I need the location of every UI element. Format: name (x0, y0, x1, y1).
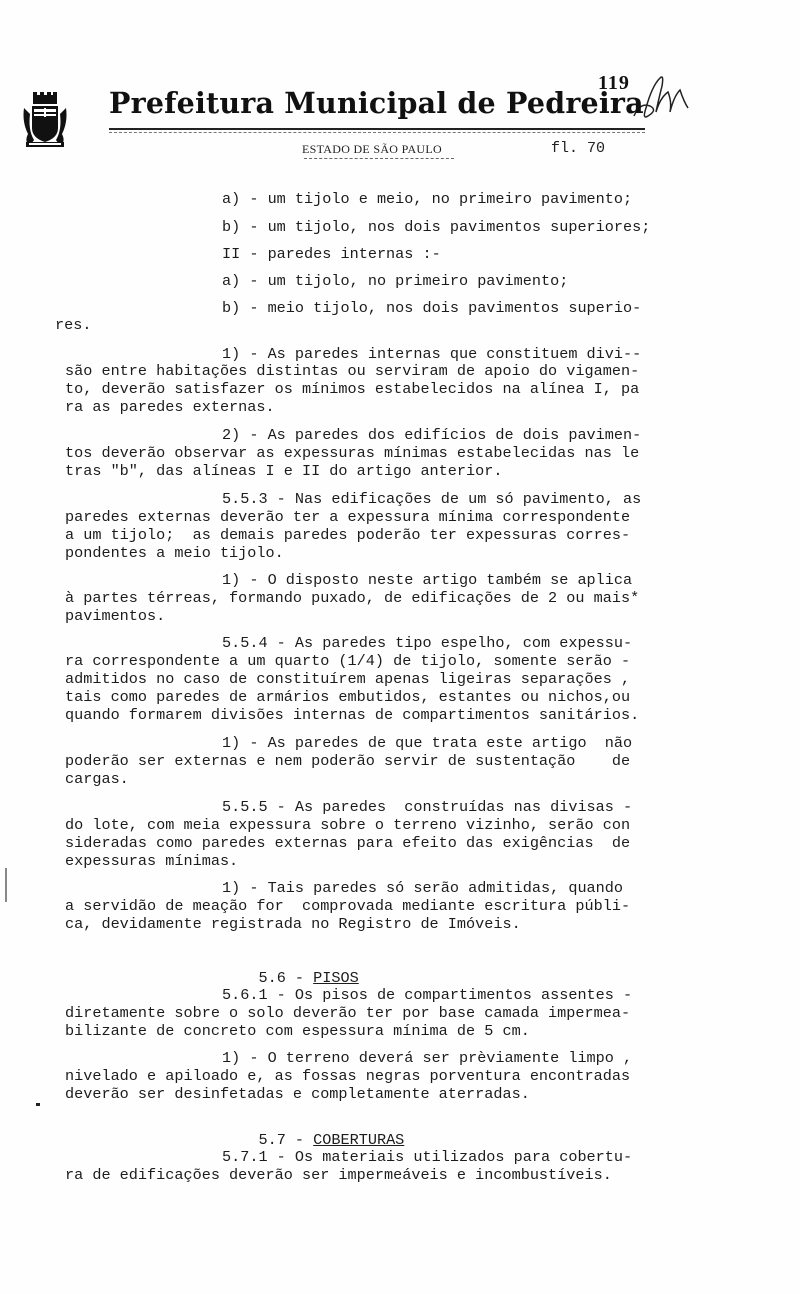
text-line: 5.5.3 - Nas edificações de um só pavimen… (222, 490, 641, 508)
text-line: 5.5.5 - As paredes construídas nas divis… (222, 798, 632, 816)
text-line: a) - um tijolo, no primeiro pavimento; (222, 272, 568, 290)
scan-artifact-dot (36, 1103, 40, 1106)
scan-artifact-line (5, 868, 7, 902)
text-line: sideradas como paredes externas para efe… (65, 834, 630, 852)
text-line: a um tijolo; as demais paredes poderão t… (65, 526, 630, 544)
folio-number: fl. 70 (551, 140, 605, 157)
text-line: bilizante de concreto com espessura míni… (65, 1022, 530, 1040)
text-line: 2) - As paredes dos edifícios de dois pa… (222, 426, 641, 444)
section-number: 5.6 - (258, 969, 313, 987)
section-title: COBERTURAS (313, 1131, 404, 1149)
text-line: 5.5.4 - As paredes tipo espelho, com exp… (222, 634, 632, 652)
text-line: pondentes a meio tijolo. (65, 544, 284, 562)
text-line: a) - um tijolo e meio, no primeiro pavim… (222, 190, 632, 208)
text-line: admitidos no caso de constituírem apenas… (65, 670, 630, 688)
coat-of-arms-icon (20, 92, 70, 150)
section-heading-pisos: 5.6 - PISOS (222, 951, 359, 1005)
text-line: do lote, com meia expessura sobre o terr… (65, 816, 630, 834)
text-line: ca, devidamente registrada no Registro d… (65, 915, 521, 933)
section-heading-coberturas: 5.7 - COBERTURAS (222, 1113, 404, 1167)
text-line: tras "b", das alíneas I e II do artigo a… (65, 462, 502, 480)
page-title: Prefeitura Municipal de Pedreira (109, 86, 644, 120)
text-line: diretamente sobre o solo deverão ter por… (65, 1004, 630, 1022)
text-line: to, deverão satisfazer os mínimos estabe… (65, 380, 639, 398)
text-line: tais como paredes de armários embutidos,… (65, 688, 630, 706)
text-line: pavimentos. (65, 607, 165, 625)
state-underline (304, 158, 454, 159)
text-line: à partes térreas, formando puxado, de ed… (65, 589, 639, 607)
title-divider (109, 128, 645, 130)
text-line: b) - um tijolo, nos dois pavimentos supe… (222, 218, 650, 236)
text-line: ra as paredes externas. (65, 398, 275, 416)
text-line: 1) - O disposto neste artigo também se a… (222, 571, 632, 589)
section-number: 5.7 - (258, 1131, 313, 1149)
text-line: a servidão de meação for comprovada medi… (65, 897, 630, 915)
text-line: ra de edificações deverão ser impermeáve… (65, 1166, 612, 1184)
title-divider-secondary (109, 132, 645, 133)
text-line: cargas. (65, 770, 129, 788)
section-title: PISOS (313, 969, 359, 987)
text-line: 1) - As paredes internas que constituem … (222, 345, 641, 363)
document-page: 119 Prefeitura Municipal de Pedreira EST… (0, 0, 800, 1294)
text-line: res. (55, 316, 91, 334)
state-subtitle: ESTADO DE SÃO PAULO (302, 142, 442, 157)
text-line: expessuras mínimas. (65, 852, 238, 870)
text-line: 1) - O terreno deverá ser prèviamente li… (222, 1049, 632, 1067)
text-line: deverão ser desinfetadas e completamente… (65, 1085, 530, 1103)
text-line: 1) - As paredes de que trata este artigo… (222, 734, 632, 752)
text-line: paredes externas deverão ter a expessura… (65, 508, 630, 526)
text-line: b) - meio tijolo, nos dois pavimentos su… (222, 299, 641, 317)
text-line: quando formarem divisões internas de com… (65, 706, 639, 724)
text-line: poderão ser externas e nem poderão servi… (65, 752, 630, 770)
text-line: 1) - Tais paredes só serão admitidas, qu… (222, 879, 623, 897)
text-line: tos deverão observar as expessuras mínim… (65, 444, 639, 462)
text-line: II - paredes internas :- (222, 245, 441, 263)
text-line: são entre habitações distintas ou servir… (65, 362, 639, 380)
text-line: nivelado e apiloado e, as fossas negras … (65, 1067, 630, 1085)
text-line: ra correspondente a um quarto (1/4) de t… (65, 652, 630, 670)
